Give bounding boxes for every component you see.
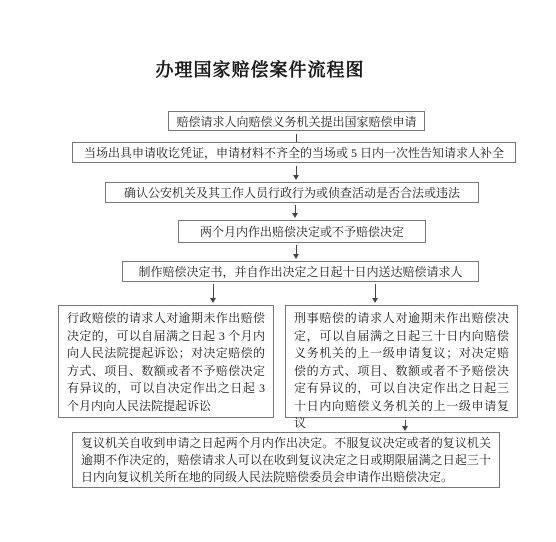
flow-box-review-decision: 复议机关自收到申请之日起两个月内作出决定。不服复议决定或者的复议机关逾期不作决定… (72, 432, 500, 488)
flow-box-receipt: 当场出具申请收讫凭证，申请材料不齐全的当场或 5 日内一次性告知请求人补全 (72, 142, 516, 163)
flow-box-decision-deadline: 两个月内作出赔偿决定或不予赔偿决定 (178, 220, 426, 243)
flow-box-confirm-legality: 确认公安机关及其工作人员行政行为或侦查活动是否合法或违法 (105, 182, 479, 203)
flow-box-apply: 赔偿请求人向赔偿义务机关提出国家赔偿申请 (168, 111, 425, 131)
page-title: 办理国家赔偿案件流程图 (156, 56, 365, 82)
arrow-down-icon (401, 420, 410, 431)
flowchart-page: 办理国家赔偿案件流程图 赔偿请求人向赔偿义务机关提出国家赔偿申请 当场出具申请收… (0, 0, 556, 542)
flow-box-deliver-decision: 制作赔偿决定书，并自作出决定之日起十日内送达赔偿请求人 (122, 261, 479, 282)
arrow-down-icon (292, 166, 301, 180)
arrow-down-icon (292, 245, 301, 259)
arrow-down-icon (209, 284, 218, 303)
flow-box-criminal-review: 刑事赔偿的请求人对逾期未作出赔偿决定，可以自届满之日起三十日内向赔偿义务机关的上… (285, 305, 518, 418)
arrow-down-icon (371, 284, 380, 303)
arrow-down-icon (291, 205, 300, 218)
flow-box-admin-litigation: 行政赔偿的请求人对逾期未作出赔偿决定的，可以自届满之日起 3 个月内向人民法院提… (58, 305, 274, 418)
